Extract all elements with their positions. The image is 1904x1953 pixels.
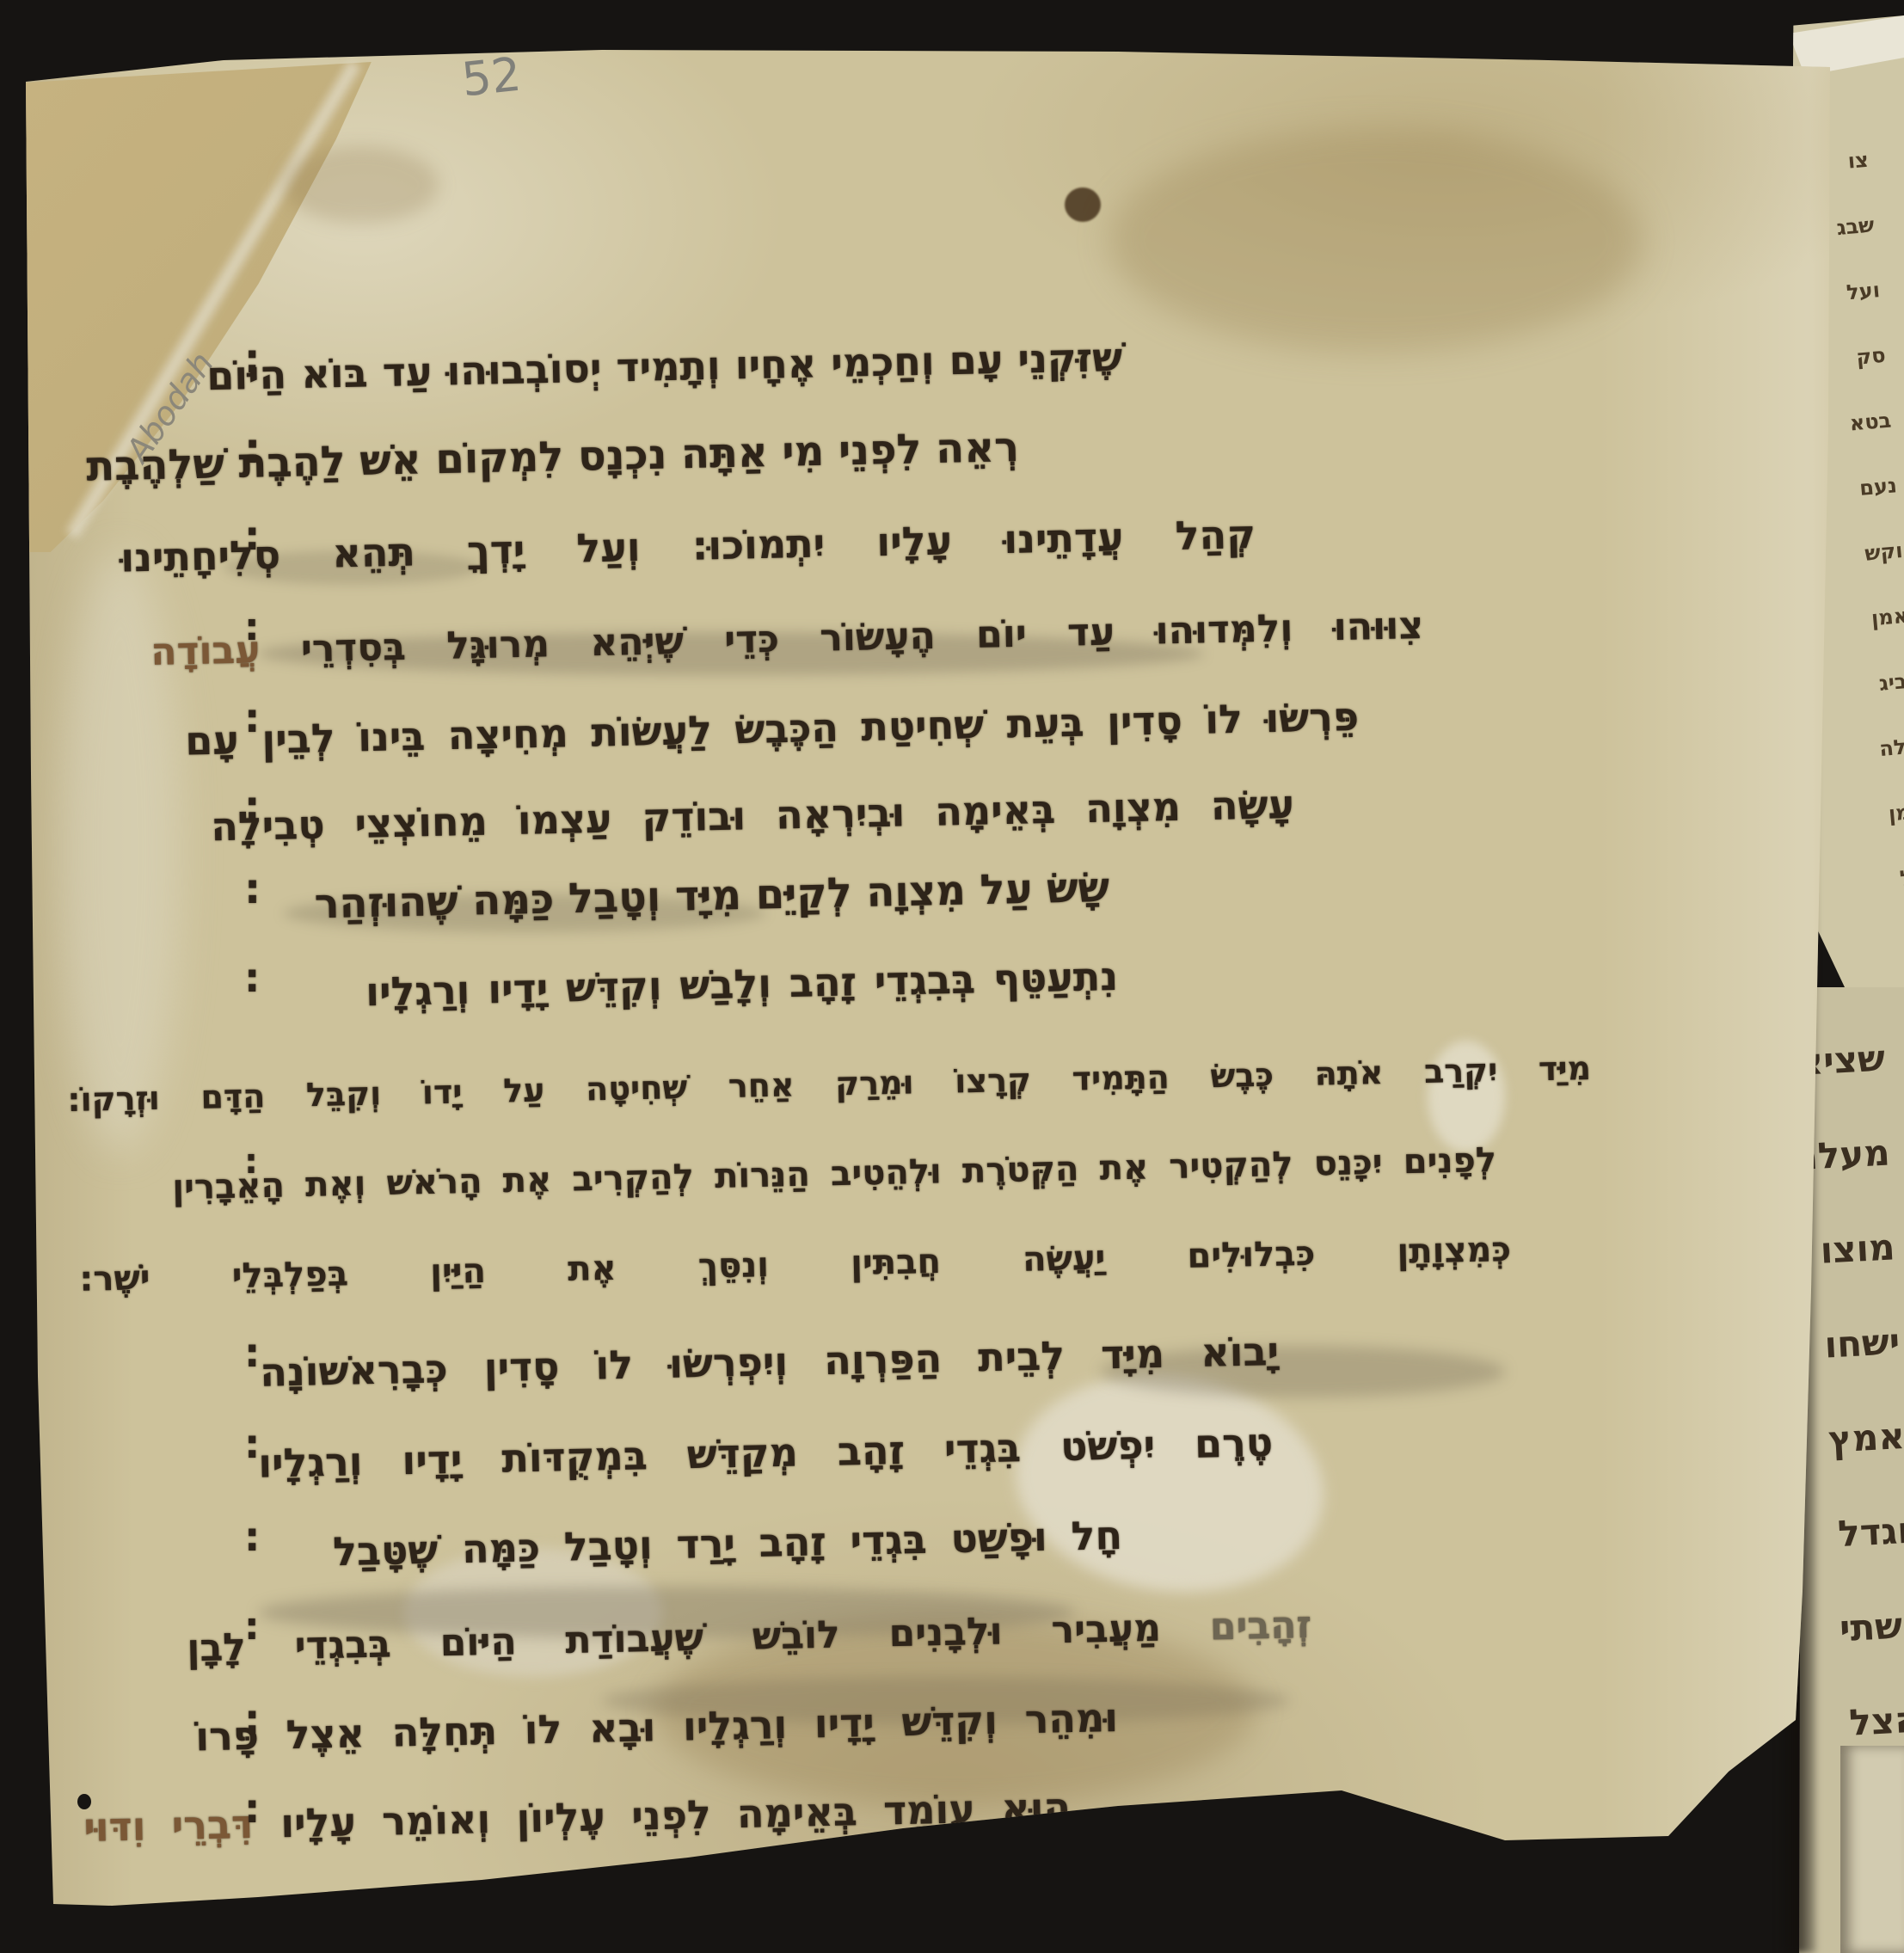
adjacent-page-fragment: וקש xyxy=(1858,518,1904,587)
adjacent-page-fragment: ועל xyxy=(1835,257,1883,326)
manuscript-line: שֶׁזִּקְנֵי עָם וְחַכְמֵי אֶחָיו וְתָמִי… xyxy=(206,334,1123,399)
line-text: שָׂשׂ עַל מִצְוָה לְקַיֵּם מִיָּד וְטָבַ… xyxy=(314,863,1109,928)
sof-pasuq-margin-mark: : xyxy=(244,1785,260,1832)
adjacent-page-fragment: אמץ xyxy=(1805,1389,1904,1489)
ink-blot xyxy=(1065,187,1101,222)
sof-pasuq-margin-mark: : xyxy=(244,1421,260,1467)
sof-pasuq-margin-mark: : xyxy=(244,425,261,473)
faded-word: עֲבוֹדָה xyxy=(150,627,302,674)
line-text: פֵּרְשׂוּ לוֹ סָדִין בְּעֵת שְׁחִיטַת הַ… xyxy=(185,693,1360,765)
line-text: כְּמִצְוָתָן כִּבְלוּלִים יַעֲשֶׂה חֲבִת… xyxy=(79,1230,1512,1299)
adjacent-page-fragment: שבג xyxy=(1829,192,1876,261)
manuscript-line: רְאֵה לִפְנֵי מִי אַתָּה נִכְנָס לִמְקוֹ… xyxy=(262,423,1020,487)
stain xyxy=(1109,129,1643,353)
sof-pasuq-margin-mark: : xyxy=(244,865,261,913)
adjacent-page-fragment: צו xyxy=(1824,127,1871,196)
adjacent-page-fragment: אמן xyxy=(1864,583,1904,652)
sof-pasuq-margin-mark: : xyxy=(244,1696,260,1742)
line-text: שֶׁזִּקְנֵי עָם וְחַכְמֵי אֶחָיו וְתָמִי… xyxy=(206,334,1123,399)
adjacent-page-fragment: עלה xyxy=(1875,713,1904,782)
sof-pasuq-margin-mark: : xyxy=(244,695,260,741)
sof-pasuq-margin-mark: : xyxy=(244,1605,260,1649)
photographed-manuscript-page: צושבגועלסקבטאנעםוקשאמןוביגעלהממןוכלנהי ש… xyxy=(0,0,1904,1953)
manuscript-line: קְהַל עֲדָתֵינוּ עָלָיו יִתְמוֹכוּ: וְעַ… xyxy=(120,511,1256,581)
adjacent-page-fragment: סק xyxy=(1840,322,1888,391)
line-text: לְפָנִים יִכָּנֵס לְהַקְטִיר אֶת הַקְּטֹ… xyxy=(172,1140,1497,1207)
line-text: מִיַּד יִקְרַב אֹתָהּ כֶּבֶשׂ הַתָּמִיד … xyxy=(67,1049,1592,1119)
manuscript-line: נִתְעַטֵּף בְּבִגְדֵי זָהָב וְלָבַשׁ וְק… xyxy=(365,953,1119,1015)
adjacent-page-fragment: בטא xyxy=(1846,388,1894,457)
sof-pasuq-margin-mark: : xyxy=(244,1142,258,1182)
line-text: קְהַל עֲדָתֵינוּ עָלָיו יִתְמוֹכוּ: וְעַ… xyxy=(120,511,1256,581)
line-text: רְאֵה לִפְנֵי מִי אַתָּה נִכְנָס לִמְקוֹ… xyxy=(86,423,1020,491)
adjacent-page-fragment: וגדל xyxy=(1810,1483,1904,1583)
line-text: הוּא עוֹמֵד בְּאֵימָה לִפְנֵי עֶלְיוֹן ו… xyxy=(280,1784,1072,1846)
manuscript-leaf: 52 Abodah שֶׁזִּקְנֵי עָם וְחַכְמֵי אֶחָ… xyxy=(0,0,1904,1953)
adjacent-page-fragment: נהי xyxy=(1892,908,1904,977)
manuscript-line: מִיַּד יִקְרַב אֹתָהּ כֶּבֶשׂ הַתָּמִיד … xyxy=(67,1049,1592,1119)
faded-word: זְהָבִים xyxy=(1160,1603,1311,1650)
manuscript-line: כְּמִצְוָתָן כִּבְלוּלִים יַעֲשֶׂה חֲבִת… xyxy=(79,1230,1512,1299)
manuscript-line: פֵּרְשׂוּ לוֹ סָדִין בְּעֵת שְׁחִיטַת הַ… xyxy=(185,693,1360,765)
line-text: עָשָׂה מִצְוָה בְּאֵימָה וּבְיִרְאָה וּב… xyxy=(211,781,1295,850)
sof-pasuq-margin-mark: : xyxy=(244,605,260,649)
folio-number: 52 xyxy=(459,47,524,107)
stain xyxy=(284,146,439,224)
manuscript-line: עָשָׂה מִצְוָה בְּאֵימָה וּבְיִרְאָה וּב… xyxy=(211,781,1295,850)
line-text: נִתְעַטֵּף בְּבִגְדֵי זָהָב וְלָבַשׁ וְק… xyxy=(365,953,1119,1015)
adjacent-page-fragment: נעם xyxy=(1852,452,1900,521)
adjacent-page-fragment: וביג xyxy=(1870,648,1904,716)
sof-pasuq-margin-mark: : xyxy=(244,513,260,559)
adjacent-page-fragment: ממן xyxy=(1881,778,1904,847)
manuscript-line: חָל וּפָשַׁט בִּגְדֵי זָהָב יָרַד וְטָבַ… xyxy=(333,1512,1123,1575)
sof-pasuq-margin-mark: : xyxy=(244,955,260,1001)
manuscript-line: לְפָנִים יִכָּנֵס לְהַקְטִיר אֶת הַקְּטֹ… xyxy=(172,1140,1497,1207)
manuscript-line: שָׂשׂ עַל מִצְוָה לְקַיֵּם מִיָּד וְטָבַ… xyxy=(370,863,1110,927)
sof-pasuq-margin-mark: : xyxy=(244,1514,260,1560)
sof-pasuq-margin-mark: : xyxy=(244,1330,260,1376)
manuscript-line: הוּא עוֹמֵד בְּאֵימָה לִפְנֵי עֶלְיוֹן ו… xyxy=(83,1784,1072,1851)
adjacent-folio-text-fragments: צושבגועלסקבטאנעםוקשאמןוביגעלהממןוכלנהי xyxy=(1824,127,1904,977)
line-text: חָל וּפָשַׁט בִּגְדֵי זָהָב יָרַד וְטָבַ… xyxy=(333,1512,1123,1575)
adjacent-page-fragment: וכל xyxy=(1886,844,1904,912)
sof-pasuq-margin-mark: : xyxy=(244,783,260,829)
sof-pasuq-margin-mark: : xyxy=(244,335,260,382)
fore-edge-band xyxy=(1840,1746,1904,1953)
adjacent-page-fragment: ושתי xyxy=(1815,1578,1904,1678)
